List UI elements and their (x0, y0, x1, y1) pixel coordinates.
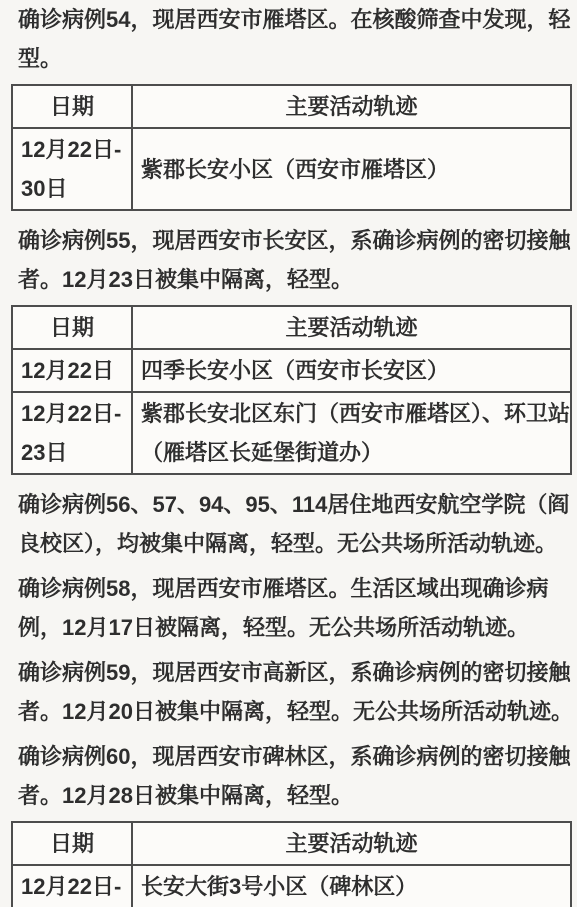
date-cell: 12月22日- (12, 865, 132, 907)
table-header-row: 日期 主要活动轨迹 (12, 822, 571, 865)
table-row: 12月22日- 23日 紫郡长安北区东门（西安市雁塔区）、环卫站 （雁塔区长延堡… (12, 392, 571, 474)
case-54-activity-table: 日期 主要活动轨迹 12月22日- 30日 紫郡长安小区（西安市雁塔区） (11, 84, 572, 211)
date-column-header: 日期 (12, 822, 132, 865)
case-60-activity-table: 日期 主要活动轨迹 12月22日- 长安大街3号小区（碑林区） (11, 821, 572, 907)
activity-column-header: 主要活动轨迹 (132, 306, 571, 349)
table-header-row: 日期 主要活动轨迹 (12, 306, 571, 349)
date-cell: 12月22日 (12, 349, 132, 392)
case-55-activity-table: 日期 主要活动轨迹 12月22日 四季长安小区（西安市长安区） 12月22日- … (11, 305, 572, 475)
case-56-57-94-95-114-paragraph: 确诊病例56、57、94、95、114居住地西安航空学院（阎 良校区），均被集中… (18, 485, 566, 563)
case-58-paragraph: 确诊病例58，现居西安市雁塔区。生活区域出现确诊病 例，12月17日被隔离，轻型… (18, 569, 566, 647)
case-54-paragraph: 确诊病例54，现居西安市雁塔区。在核酸筛查中发现，轻 型。 (18, 0, 566, 78)
date-cell: 12月22日- 23日 (12, 392, 132, 474)
activity-column-header: 主要活动轨迹 (132, 85, 571, 128)
table-row: 12月22日 四季长安小区（西安市长安区） (12, 349, 571, 392)
case-55-paragraph: 确诊病例55，现居西安市长安区，系确诊病例的密切接触 者。12月23日被集中隔离… (18, 221, 566, 299)
table-row: 12月22日- 30日 紫郡长安小区（西安市雁塔区） (12, 128, 571, 210)
activity-cell: 紫郡长安小区（西安市雁塔区） (132, 128, 571, 210)
activity-cell: 长安大街3号小区（碑林区） (132, 865, 571, 907)
date-column-header: 日期 (12, 85, 132, 128)
date-column-header: 日期 (12, 306, 132, 349)
table-header-row: 日期 主要活动轨迹 (12, 85, 571, 128)
activity-cell: 四季长安小区（西安市长安区） (132, 349, 571, 392)
article-body: 确诊病例54，现居西安市雁塔区。在核酸筛查中发现，轻 型。 日期 主要活动轨迹 … (0, 0, 577, 907)
date-cell: 12月22日- 30日 (12, 128, 132, 210)
activity-cell: 紫郡长安北区东门（西安市雁塔区）、环卫站 （雁塔区长延堡街道办） (132, 392, 571, 474)
case-59-paragraph: 确诊病例59，现居西安市高新区，系确诊病例的密切接触 者。12月20日被集中隔离… (18, 653, 566, 731)
activity-column-header: 主要活动轨迹 (132, 822, 571, 865)
table-row: 12月22日- 长安大街3号小区（碑林区） (12, 865, 571, 907)
case-60-paragraph: 确诊病例60，现居西安市碑林区，系确诊病例的密切接触 者。12月28日被集中隔离… (18, 737, 566, 815)
